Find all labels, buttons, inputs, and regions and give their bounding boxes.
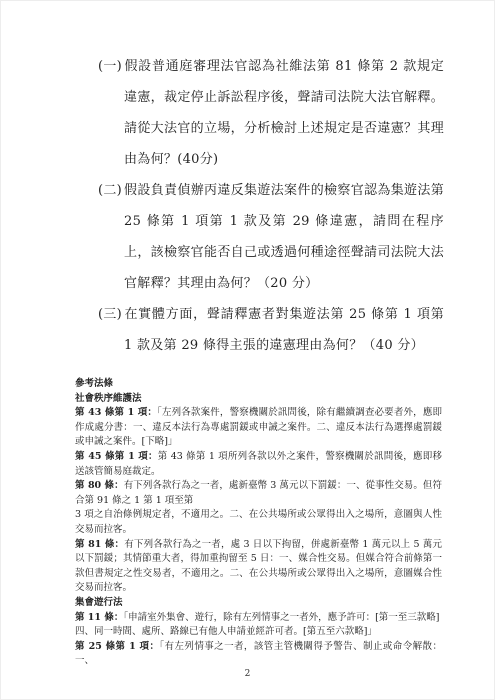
question-item-3: (三)在實體方面，聲請釋憲者對集遊法第 25 條第 1 項第 1 款及第 29 … [98, 299, 444, 361]
question-1-text: 假設普通庭審理法官認為社維法第 81 條第 2 款規定違憲，裁定停止訴訟程序後，… [124, 59, 444, 167]
article-81-text: 有下列各款行為之一者，處 3 日以下拘留，併處新臺幣 1 萬元以上 5 萬元以下… [75, 539, 442, 594]
law-name-social-order: 社會秩序維護法 [75, 392, 442, 407]
question-1-label: (一) [98, 51, 124, 82]
article-45-1-label: 第 45 條第 1 項： [75, 451, 158, 462]
page-number: 2 [1, 669, 494, 679]
article-81-label: 第 81 條： [75, 539, 124, 550]
article-25-1-label: 第 25 條第 1 項： [75, 641, 159, 652]
article-81: 第 81 條：有下列各款行為之一者，處 3 日以下拘留，併處新臺幣 1 萬元以上… [75, 538, 442, 596]
article-11-text: 「申請室外集會、遊行，除有左列情事之一者外，應予許可：[第一至三款略] 四、同一… [75, 612, 440, 638]
questions-section: (一)假設普通庭審理法官認為社維法第 81 條第 2 款規定違憲，裁定停止訴訟程… [98, 51, 444, 361]
law-name-assembly: 集會遊行法 [75, 596, 442, 611]
question-3-label: (三) [98, 299, 124, 330]
document-page: (一)假設普通庭審理法官認為社維法第 81 條第 2 款規定違憲，裁定停止訴訟程… [0, 0, 495, 700]
question-item-1: (一)假設普通庭審理法官認為社維法第 81 條第 2 款規定違憲，裁定停止訴訟程… [98, 51, 444, 175]
article-11: 第 11 條：「申請室外集會、遊行，除有左列情事之一者外，應予許可：[第一至三款… [75, 611, 442, 640]
article-45-1: 第 45 條第 1 項：第 43 條第 1 項所列各款以外之案件，警察機關於訊問… [75, 450, 442, 479]
article-11-label: 第 11 條： [75, 612, 123, 623]
article-80: 第 80 條：有下列各款行為之一者，處新臺幣 3 萬元以下罰鍰：一、從事性交易。… [75, 479, 442, 537]
article-80-label: 第 80 條： [75, 480, 124, 491]
question-2-label: (二) [98, 175, 124, 206]
article-80-text: 有下列各款行為之一者，處新臺幣 3 萬元以下罰鍰：一、從事性交易。但符合第 91… [75, 480, 442, 535]
article-43-1: 第 43 條第 1 項：「左列各款案件，警察機關於訊問後，除有繼續調查必要者外，… [75, 406, 442, 450]
article-43-1-label: 第 43 條第 1 項： [75, 407, 157, 418]
question-item-2: (二)假設負責偵辦丙違反集遊法案件的檢察官認為集遊法第 25 條第 1 項第 1… [98, 175, 444, 299]
article-25-1: 第 25 條第 1 項：「有左列情事之一者，該管主管機關得予警告、制止或命令解散… [75, 640, 442, 669]
reference-title: 參考法條 [75, 377, 442, 392]
reference-section: 參考法條 社會秩序維護法 第 43 條第 1 項：「左列各款案件，警察機關於訊問… [75, 377, 442, 669]
question-2-text: 假設負責偵辦丙違反集遊法案件的檢察官認為集遊法第 25 條第 1 項第 1 款及… [124, 183, 444, 291]
question-3-text: 在實體方面，聲請釋憲者對集遊法第 25 條第 1 項第 1 款及第 29 條得主… [124, 307, 444, 353]
